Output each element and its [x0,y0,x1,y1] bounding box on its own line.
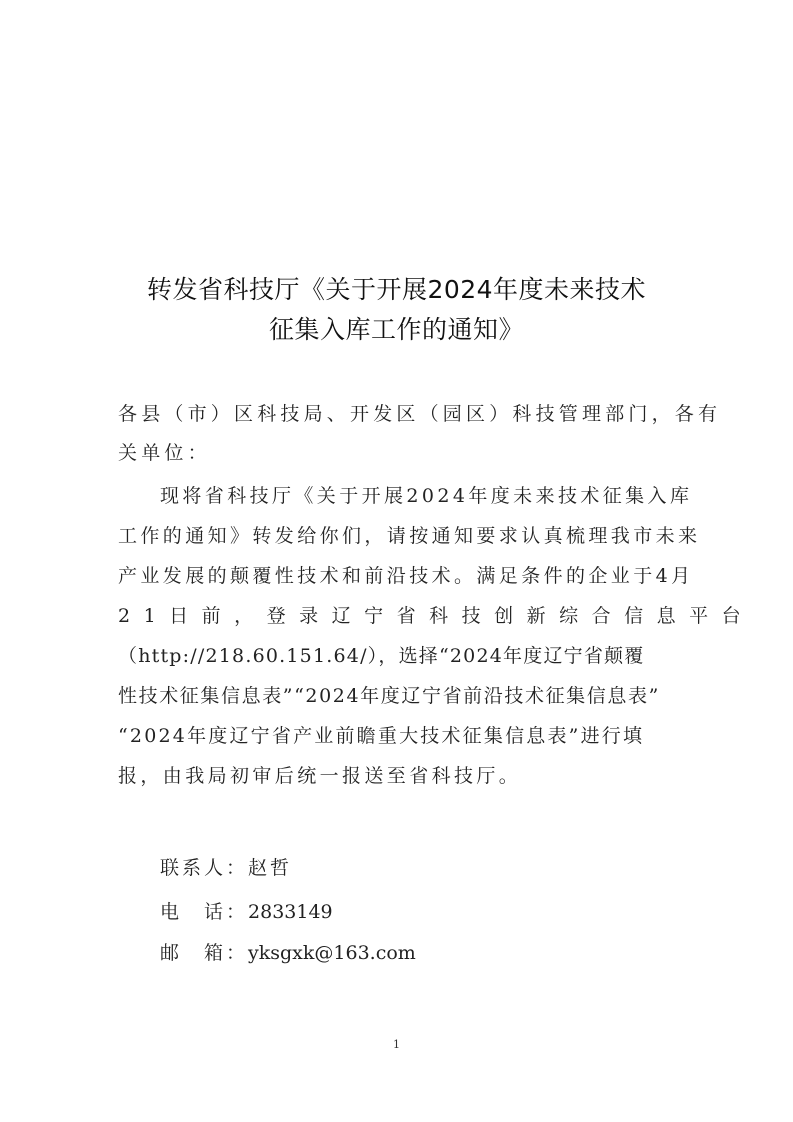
body-line-2: 工作的通知》转发给你们，请按通知要求认真梳理我市未来 [118,521,700,548]
contact-email: 邮 箱：yksgxk@163.com [160,938,416,965]
body-line-4: 21日前，登录辽宁省科技创新综合信息平台 [118,601,754,628]
contact-phone-value: 2833149 [248,901,333,923]
contact-email-value[interactable]: yksgxk@163.com [248,942,416,964]
body-line-1: 现将省科技厅《关于开展2024年度未来技术征集入库 [160,481,692,508]
page-number: 1 [0,1038,793,1051]
contact-person: 联系人：赵哲 [160,853,292,880]
document-title-line-1: 转发省科技厅《关于开展2024年度未来技术 [0,270,793,306]
body-line-7: “2024年度辽宁省产业前瞻重大技术征集信息表”进行填 [118,721,644,748]
contact-phone-label: 电 话： [160,901,248,923]
body-line-6: 性技术征集信息表”“2024年度辽宁省前沿技术征集信息表” [118,681,660,708]
contact-phone: 电 话：2833149 [160,897,333,924]
salutation-line-2: 关单位： [118,438,211,465]
body-line-3: 产业发展的颠覆性技术和前沿技术。满足条件的企业于4月 [118,561,694,588]
body-line-5: （http://218.60.151.64/），选择“2024年度辽宁省颠覆 [118,641,644,668]
contact-email-label: 邮 箱： [160,942,248,964]
contact-person-label: 联系人： [160,857,248,879]
contact-person-value: 赵哲 [248,857,292,879]
salutation-line-1: 各县（市）区科技局、开发区（园区）科技管理部门，各有 [118,399,721,426]
document-title-line-2: 征集入库工作的通知》 [0,310,793,346]
body-line-8: 报，由我局初审后统一报送至省科技厅。 [118,761,521,788]
